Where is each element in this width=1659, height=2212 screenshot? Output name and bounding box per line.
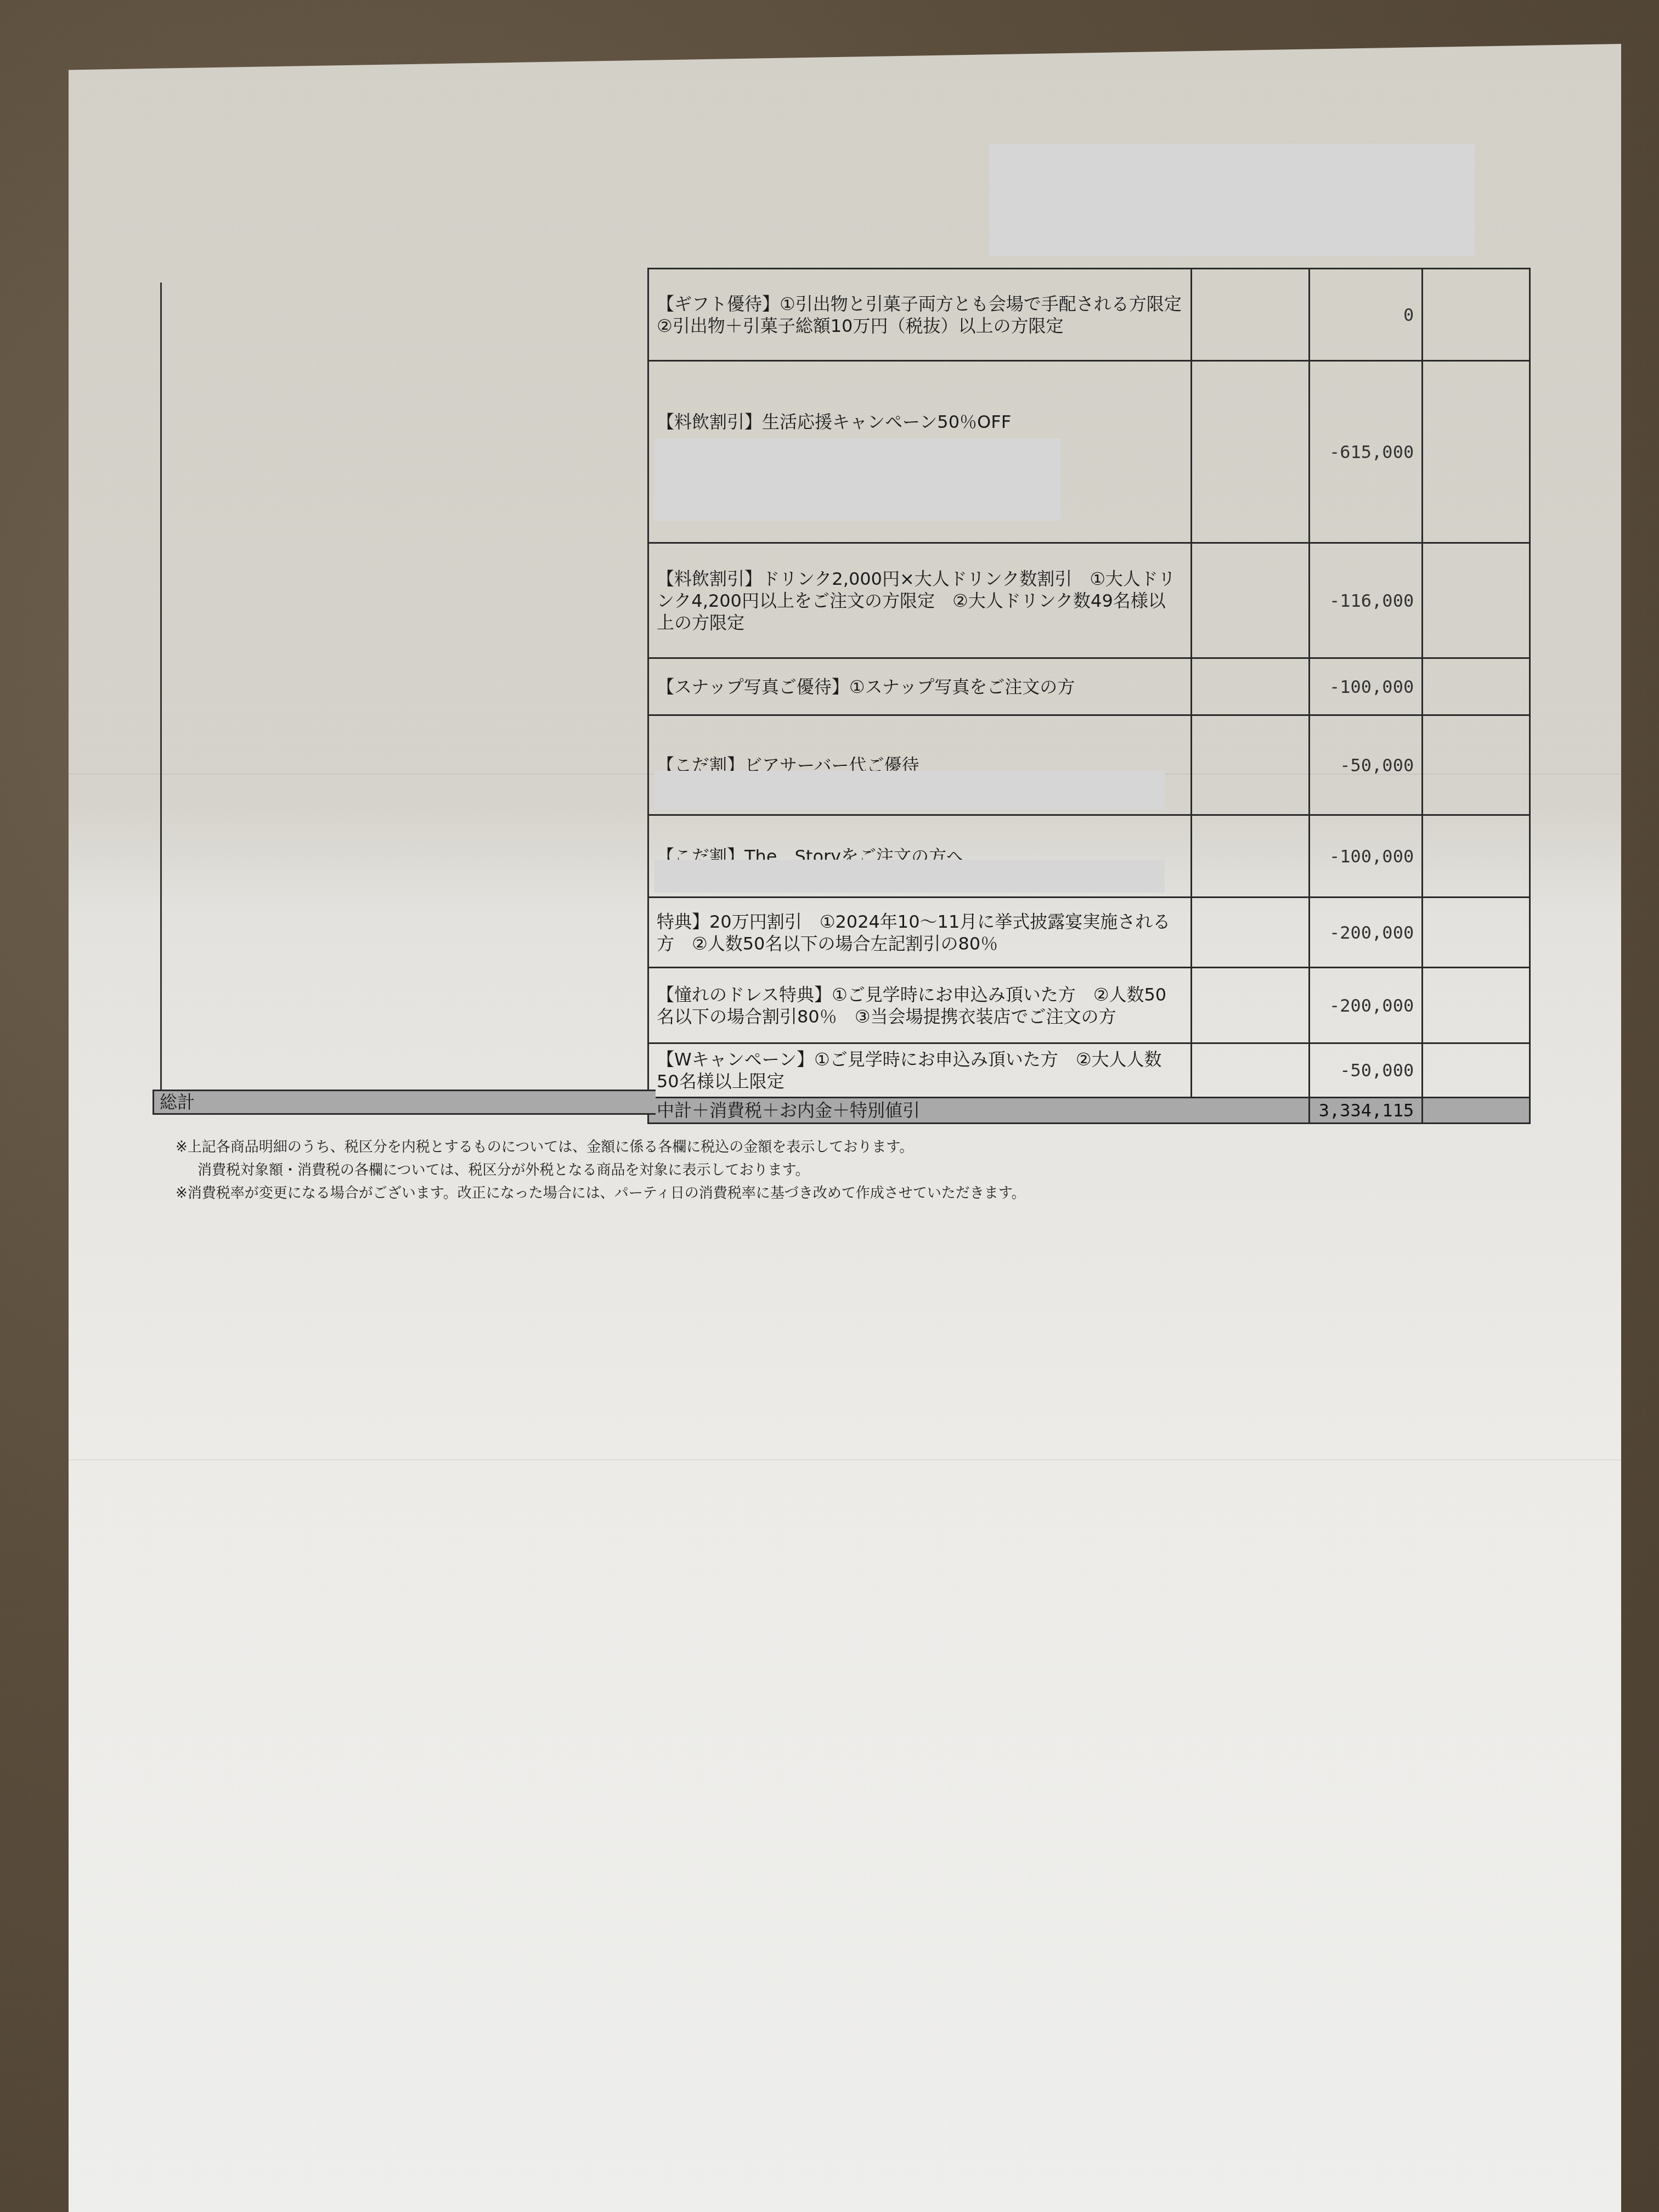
row-description: 【料飲割引】生活応援キャンペーン50％OFF <box>657 411 1011 432</box>
row-description: 【ギフト優待】①引出物と引菓子両方とも会場で手配される方限定 ②引出物＋引菓子総… <box>648 269 1192 361</box>
table-row: 特典】20万円割引 ①2024年10〜11月に挙式披露宴実施される方 ②人数50… <box>648 898 1530 968</box>
row-amount: -100,000 <box>1310 815 1423 898</box>
total-amount: 3,334,115 <box>1310 1098 1423 1124</box>
footnote: ※上記各商品明細のうち、税区分を内税とするものについては、金額に係る各欄に税込の… <box>176 1136 1026 1159</box>
row-description: 【Wキャンペーン】①ご見学時にお申込み頂いた方 ②大人人数50名様以上限定 <box>648 1043 1192 1098</box>
row-amount: -116,000 <box>1310 543 1423 658</box>
table-left-border <box>160 283 162 1092</box>
footnote: ※消費税率が変更になる場合がございます。改正になった場合には、パーティ日の消費税… <box>176 1182 1026 1205</box>
row-description: 【スナップ写真ご優待】①スナップ写真をご注文の方 <box>648 658 1192 715</box>
row-amount: -615,000 <box>1310 361 1423 543</box>
discount-table: 【ギフト優待】①引出物と引菓子両方とも会場で手配される方限定 ②引出物＋引菓子総… <box>647 268 1531 1124</box>
row-amount: -100,000 <box>1310 658 1423 715</box>
redacted-text <box>654 771 1165 809</box>
fold-line <box>69 1459 1621 1460</box>
row-amount: -200,000 <box>1310 898 1423 968</box>
redacted-text <box>654 438 1060 521</box>
row-amount: -200,000 <box>1310 968 1423 1043</box>
table-row: 【こだ割】The Storyをご注文の方へ -100,000 <box>648 815 1530 898</box>
total-row: 中計＋消費税＋お内金＋特別値引 3,334,115 <box>648 1098 1530 1124</box>
total-formula: 中計＋消費税＋お内金＋特別値引 <box>648 1098 1310 1124</box>
redacted-text <box>654 860 1165 893</box>
table-row: 【スナップ写真ご優待】①スナップ写真をご注文の方 -100,000 <box>648 658 1530 715</box>
table-row: 【料飲割引】ドリンク2,000円×大人ドリンク数割引 ①大人ドリンク4,200円… <box>648 543 1530 658</box>
footnote: 消費税対象額・消費税の各欄については、税区分が外税となる商品を対象に表示しており… <box>176 1159 1026 1182</box>
row-description: 【憧れのドレス特典】①ご見学時にお申込み頂いた方 ②人数50名以下の場合割引80… <box>648 968 1192 1043</box>
table-row: 【ギフト優待】①引出物と引菓子両方とも会場で手配される方限定 ②引出物＋引菓子総… <box>648 269 1530 361</box>
row-amount: 0 <box>1310 269 1423 361</box>
row-amount: -50,000 <box>1310 715 1423 815</box>
row-description: 【料飲割引】ドリンク2,000円×大人ドリンク数割引 ①大人ドリンク4,200円… <box>648 543 1192 658</box>
table-row: 【Wキャンペーン】①ご見学時にお申込み頂いた方 ②大人人数50名様以上限定 -5… <box>648 1043 1530 1098</box>
redacted-header <box>989 144 1475 256</box>
row-amount: -50,000 <box>1310 1043 1423 1098</box>
table-row: 【こだ割】ビアサーバー代ご優待 -50,000 <box>648 715 1530 815</box>
footnotes: ※上記各商品明細のうち、税区分を内税とするものについては、金額に係る各欄に税込の… <box>176 1136 1026 1205</box>
total-label: 総計 <box>153 1090 656 1115</box>
table-row: 【憧れのドレス特典】①ご見学時にお申込み頂いた方 ②人数50名以下の場合割引80… <box>648 968 1530 1043</box>
row-description: 特典】20万円割引 ①2024年10〜11月に挙式披露宴実施される方 ②人数50… <box>648 898 1192 968</box>
table-row: 【料飲割引】生活応援キャンペーン50％OFF -615,000 <box>648 361 1530 543</box>
